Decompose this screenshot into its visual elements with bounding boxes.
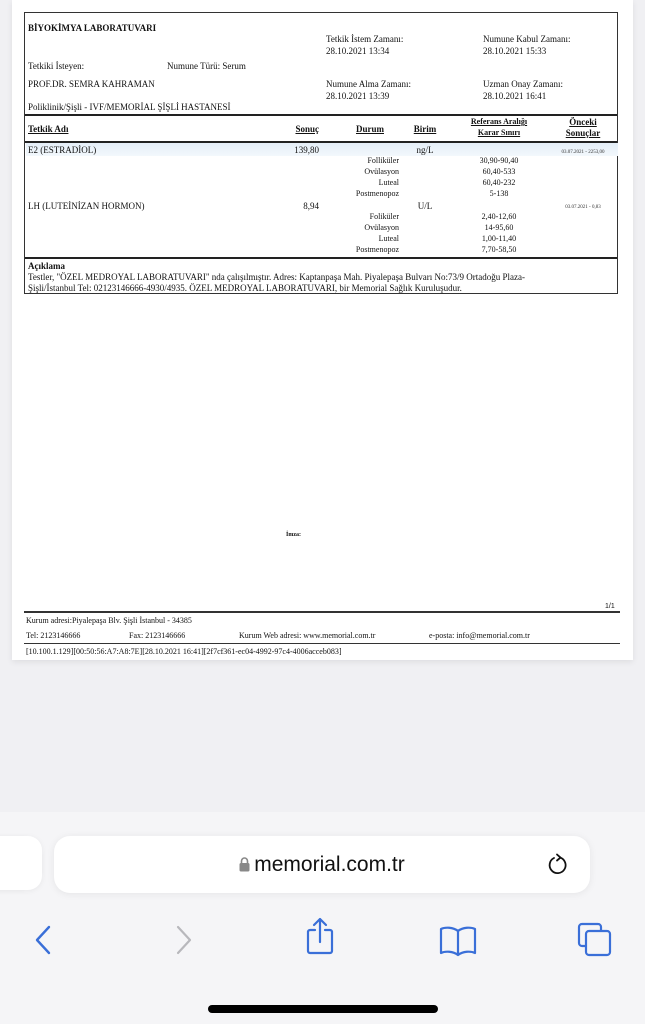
note-line-2: Şişli/İstanbul Tel: 02123146666-4930/493… bbox=[28, 283, 462, 293]
divider bbox=[24, 643, 620, 644]
reference-range: 30,90-90,40 bbox=[447, 156, 551, 166]
lock-icon bbox=[239, 854, 250, 878]
phase-label: Postmenopoz bbox=[315, 245, 399, 255]
reference-range: 7,70-58,50 bbox=[447, 245, 551, 255]
request-time-label: Tetkik İstem Zamanı: bbox=[326, 34, 403, 44]
phase-label: Postmenopoz bbox=[315, 189, 399, 199]
test-result: 8,94 bbox=[271, 201, 319, 211]
test-unit: ng/L bbox=[405, 145, 445, 155]
reference-range: 60,40-533 bbox=[447, 167, 551, 177]
note-line-1: Testler, "ÖZEL MEDROYAL LABORATUVARI" nd… bbox=[28, 272, 525, 282]
col-previous-1: Önceki bbox=[551, 117, 615, 127]
book-icon[interactable] bbox=[439, 925, 477, 962]
phase-label: Ovülasyon bbox=[315, 223, 399, 233]
test-result: 139,80 bbox=[271, 145, 319, 155]
approve-time-value: 28.10.2021 16:41 bbox=[483, 91, 546, 101]
phase-label: Ovülasyon bbox=[315, 167, 399, 177]
reference-range: 1,00-11,40 bbox=[447, 234, 551, 244]
phase-label: Luteal bbox=[315, 234, 399, 244]
reference-range: 2,40-12,60 bbox=[447, 212, 551, 222]
divider bbox=[25, 114, 617, 116]
accept-time-label: Numune Kabul Zamanı: bbox=[483, 34, 570, 44]
highlighted-row bbox=[26, 143, 618, 156]
phase-label: Foliküler bbox=[315, 212, 399, 222]
footer-trace: [10.100.1.129][00:50:56:A7:A8:7E][28.10.… bbox=[26, 647, 341, 657]
test-name: E2 (ESTRADİOL) bbox=[28, 145, 96, 155]
browser-toolbar: memorial.com.tr bbox=[0, 812, 645, 1024]
chevron-left-icon[interactable] bbox=[33, 924, 53, 961]
col-test-name: Tetkik Adı bbox=[28, 124, 68, 134]
signature-label: İmza: bbox=[286, 530, 301, 540]
phase-label: Luteal bbox=[315, 178, 399, 188]
lab-title: BİYOKİMYA LABORATUVARI bbox=[28, 23, 156, 33]
url-text[interactable]: memorial.com.tr bbox=[254, 853, 405, 876]
report-box: BİYOKİMYA LABORATUVARI Tetkik İstem Zama… bbox=[24, 12, 618, 294]
approve-time-label: Uzman Onay Zamanı: bbox=[483, 79, 563, 89]
footer-web: Kurum Web adresi: www.memorial.com.tr bbox=[239, 631, 375, 641]
doctor-name: PROF.DR. SEMRA KAHRAMAN bbox=[28, 79, 155, 89]
previous-result: 03.07.2021 - 0,83 bbox=[551, 203, 615, 213]
request-time-value: 28.10.2021 13:34 bbox=[326, 46, 389, 56]
test-name: LH (LUTEİNİZAN HORMON) bbox=[28, 201, 144, 211]
sample-type: Numune Türü: Serum bbox=[167, 61, 246, 71]
col-reference-1: Referans Aralığı bbox=[447, 117, 551, 127]
footer-email: e-posta: info@memorial.com.tr bbox=[429, 631, 530, 641]
footer-fax: Fax: 2123146666 bbox=[129, 631, 185, 641]
footer-tel: Tel: 2123146666 bbox=[26, 631, 80, 641]
col-result: Sonuç bbox=[271, 124, 319, 134]
pdf-page: BİYOKİMYA LABORATUVARI Tetkik İstem Zama… bbox=[12, 0, 633, 660]
tabs-icon[interactable] bbox=[577, 922, 613, 963]
accept-time-value: 28.10.2021 15:33 bbox=[483, 46, 546, 56]
divider bbox=[25, 257, 617, 259]
requester-label: Tetkiki İsteyen: bbox=[28, 61, 84, 71]
col-status: Durum bbox=[343, 124, 397, 134]
phase-label: Folliküler bbox=[315, 156, 399, 166]
reference-range: 60,40-232 bbox=[447, 178, 551, 188]
reference-range: 14-95,60 bbox=[447, 223, 551, 233]
col-reference-2: Karar Sınırı bbox=[447, 128, 551, 138]
address-bar[interactable]: memorial.com.tr bbox=[54, 836, 590, 893]
collect-time-value: 28.10.2021 13:39 bbox=[326, 91, 389, 101]
share-icon[interactable] bbox=[305, 916, 335, 961]
chevron-right-icon[interactable] bbox=[174, 924, 194, 961]
divider bbox=[24, 611, 620, 613]
home-indicator bbox=[208, 1005, 438, 1013]
footer-address: Kurum adresi:Piyalepaşa Blv. Şişli İstan… bbox=[26, 616, 192, 626]
department: Poliklinik/Şişli - IVF/MEMORİAL ŞİŞLİ HA… bbox=[28, 102, 230, 112]
reload-icon[interactable] bbox=[546, 853, 570, 882]
col-previous-2: Sonuçlar bbox=[551, 128, 615, 138]
previous-tab-button[interactable] bbox=[0, 836, 42, 890]
reference-range: 5-138 bbox=[447, 189, 551, 199]
previous-result: 03.07.2021 - 2253,00 bbox=[551, 148, 615, 158]
collect-time-label: Numune Alma Zamanı: bbox=[326, 79, 411, 89]
col-unit: Birim bbox=[405, 124, 445, 134]
test-unit: U/L bbox=[405, 201, 445, 211]
note-title: Açıklama bbox=[28, 261, 65, 271]
